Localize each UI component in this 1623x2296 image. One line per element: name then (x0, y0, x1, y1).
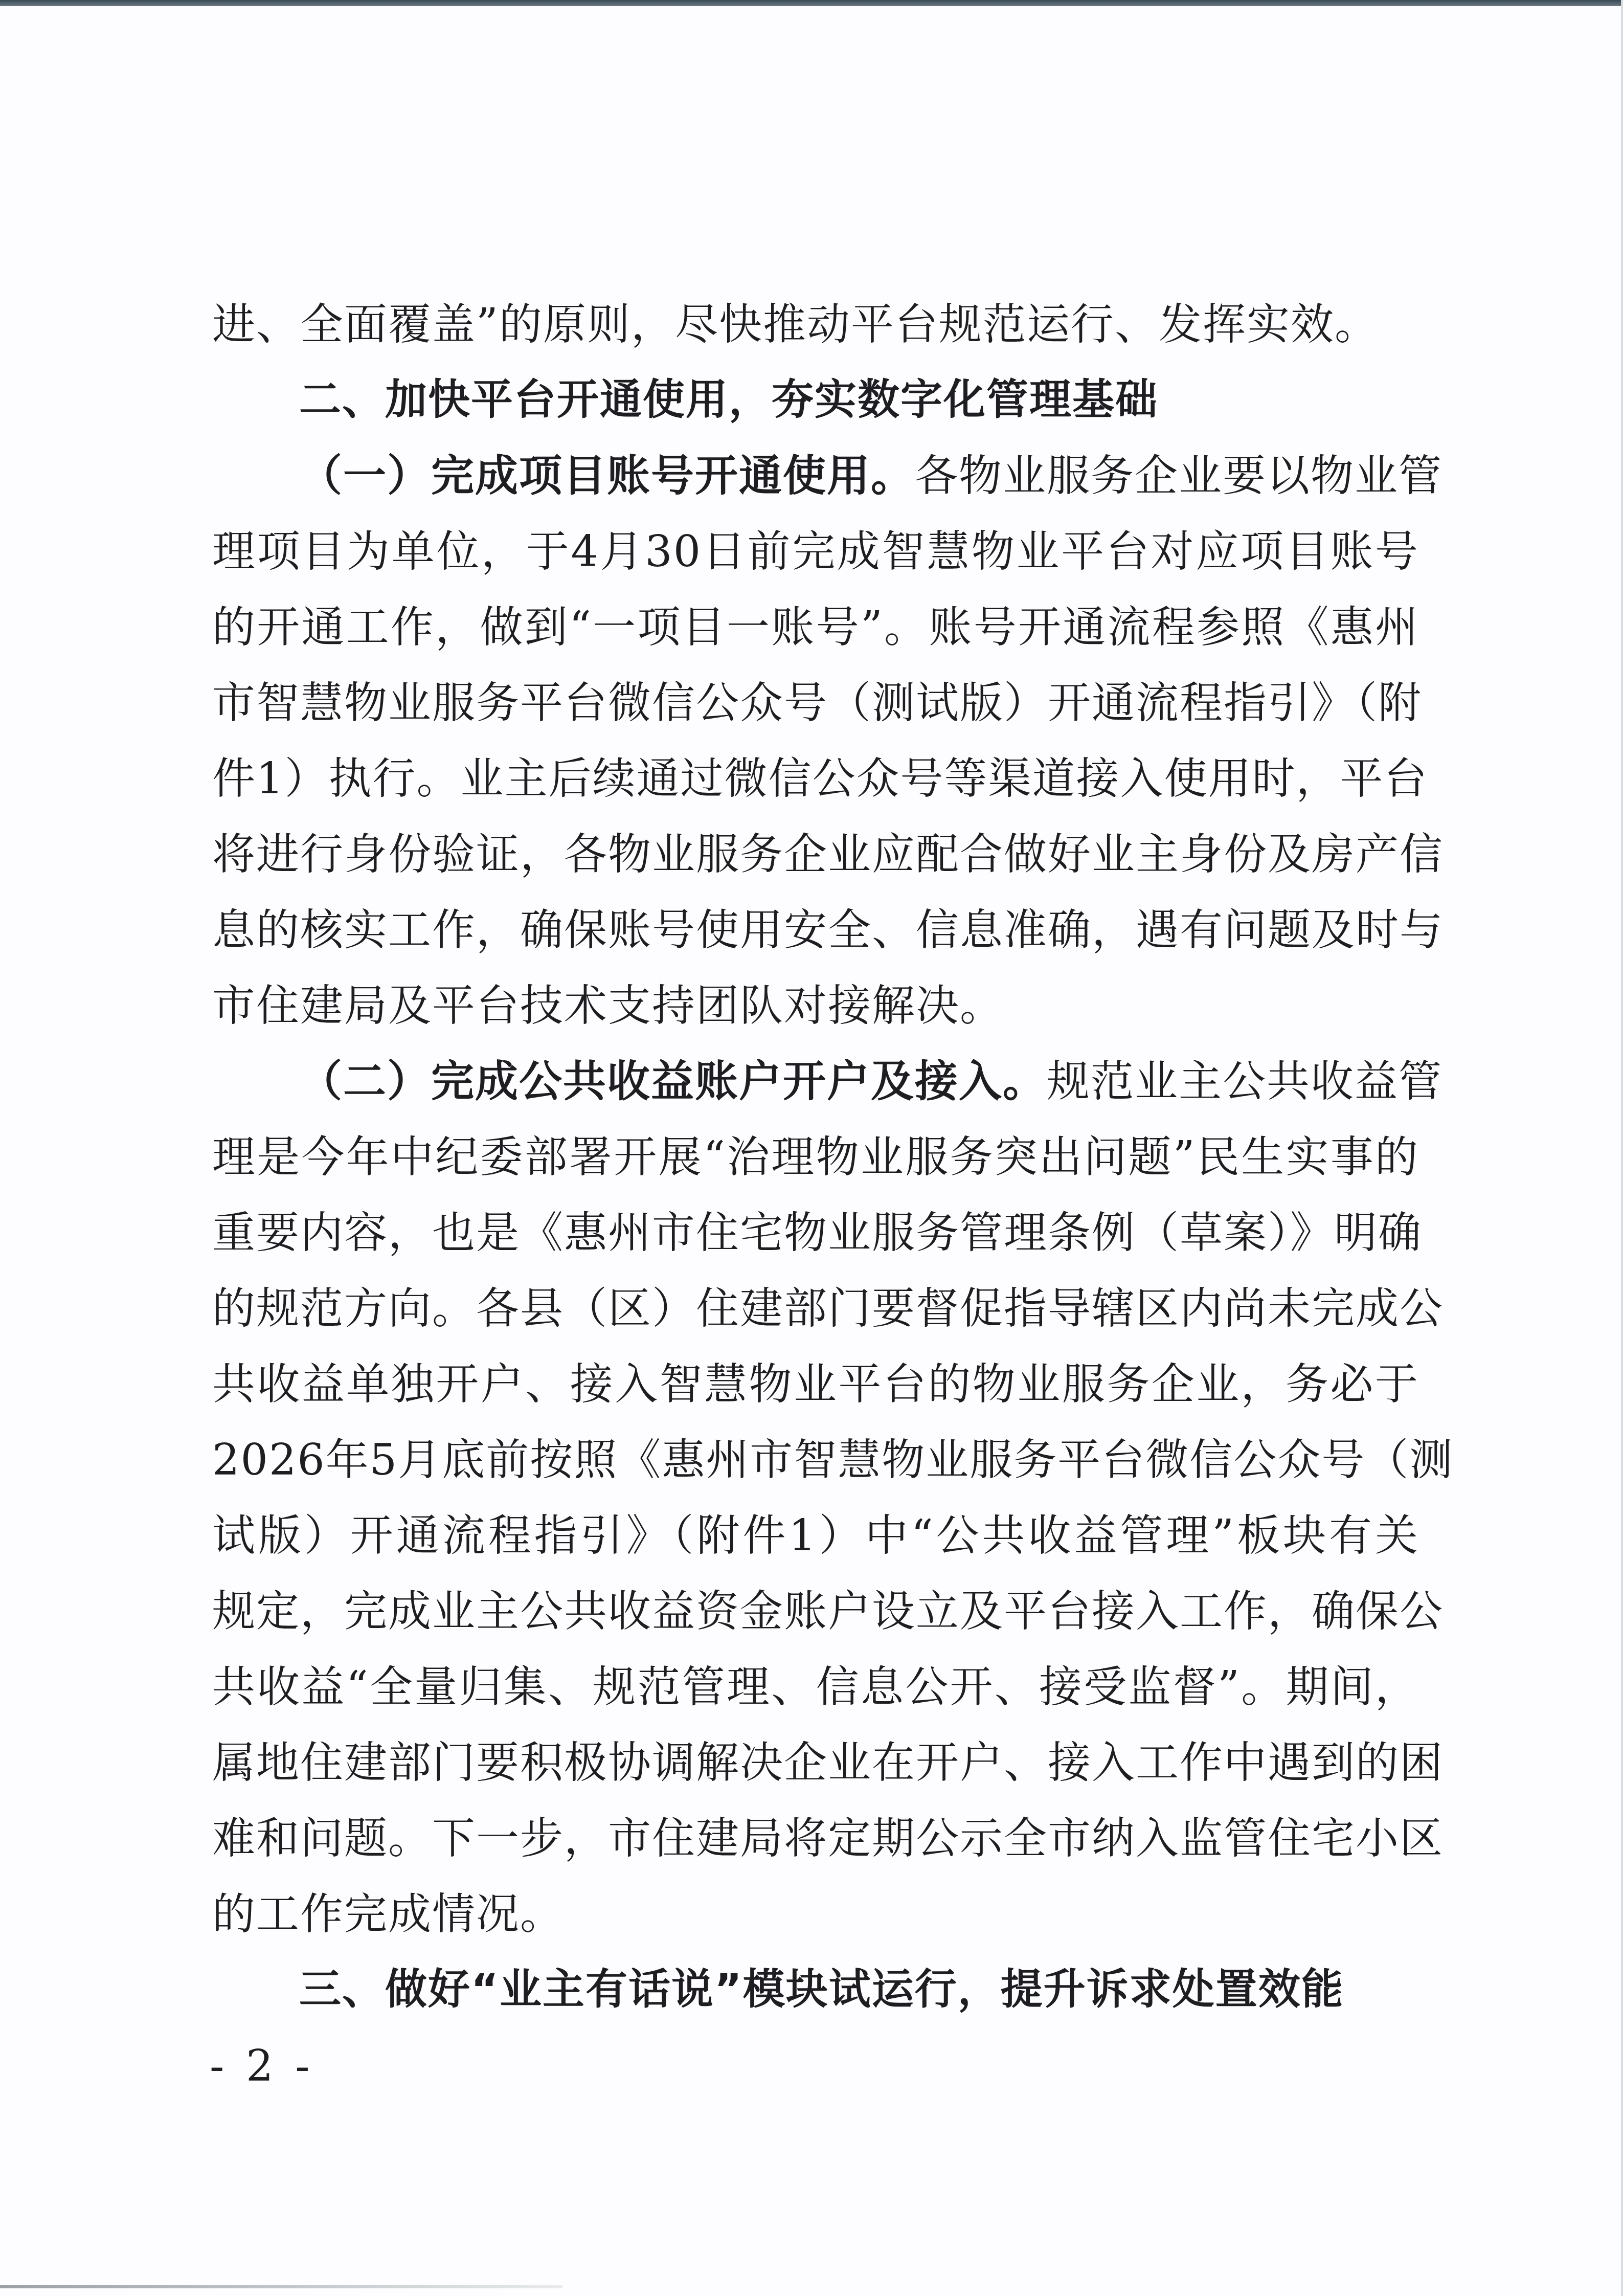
paragraph-line: 规定，完成业主公共收益资金账户设立及平台接入工作，确保公 (212, 1573, 1419, 1649)
paragraph-line: 理项目为单位，于4月30日前完成智慧物业平台对应项目账号 (212, 514, 1419, 589)
paragraph-line: 的规范方向。各县（区）住建部门要督促指导辖区内尚未完成公 (212, 1270, 1419, 1346)
paragraph-line: 共收益单独开户、接入智慧物业平台的物业服务企业，务必于 (212, 1346, 1419, 1422)
paragraph-public-revenue: （二）完成公共收益账户开户及接入。规范业主公共收益管 理是今年中纪委部署开展“治… (212, 1043, 1419, 1952)
paragraph-line: 2026年5月底前按照《惠州市智慧物业服务平台微信公众号（测 (212, 1422, 1419, 1498)
scan-edge-bottom (0, 2285, 562, 2288)
paragraph-line: 难和问题。下一步，市住建局将定期公示全市纳入监管住宅小区 (212, 1800, 1419, 1876)
page-number: - 2 - (210, 2041, 314, 2091)
paragraph-line: 试版）开通流程指引》（附件1）中“公共收益管理”板块有关 (212, 1498, 1419, 1573)
subsection-lead-2: （二）完成公共收益账户开户及接入。 (299, 1056, 1047, 1106)
paragraph-line: 将进行身份验证，各物业服务企业应配合做好业主身份及房产信 (212, 816, 1419, 892)
scan-edge-top (0, 0, 1623, 6)
subsection-lead-1: （一）完成项目账号开通使用。 (299, 450, 915, 501)
paragraph-line: 市智慧物业服务平台微信公众号（测试版）开通流程指引》（附 (212, 665, 1419, 741)
paragraph-first-line: （二）完成公共收益账户开户及接入。规范业主公共收益管 (212, 1043, 1419, 1119)
continuation-line: 进、全面覆盖”的原则，尽快推动平台规范运行、发挥实效。 (212, 286, 1419, 362)
paragraph-line: 件1）执行。业主后续通过微信公众号等渠道接入使用时，平台 (212, 741, 1419, 816)
paragraph-account-opening: （一）完成项目账号开通使用。各物业服务企业要以物业管 理项目为单位，于4月30日… (212, 438, 1419, 1043)
paragraph-text: 各物业服务企业要以物业管 (915, 451, 1442, 501)
scan-edge-right (1621, 0, 1623, 2296)
paragraph-line: 市住建局及平台技术支持团队对接解决。 (212, 968, 1419, 1043)
section-heading-2: 二、加快平台开通使用，夯实数字化管理基础 (212, 362, 1419, 438)
paragraph-line: 的工作完成情况。 (212, 1876, 1419, 1952)
paragraph-text: 规范业主公共收益管 (1047, 1056, 1442, 1106)
paragraph-line: 属地住建部门要积极协调解决企业在开户、接入工作中遇到的困 (212, 1725, 1419, 1800)
section-heading-3: 三、做好“业主有话说”模块试运行，提升诉求处置效能 (212, 1952, 1419, 2027)
paragraph-line: 息的核实工作，确保账号使用安全、信息准确，遇有问题及时与 (212, 892, 1419, 968)
paragraph-line: 理是今年中纪委部署开展“治理物业服务突出问题”民生实事的 (212, 1119, 1419, 1195)
paragraph-line: 的开通工作，做到“一项目一账号”。账号开通流程参照《惠州 (212, 589, 1419, 665)
paragraph-line: 共收益“全量归集、规范管理、信息公开、接受监督”。期间， (212, 1649, 1419, 1725)
paragraph-first-line: （一）完成项目账号开通使用。各物业服务企业要以物业管 (212, 438, 1419, 514)
paragraph-line: 重要内容，也是《惠州市住宅物业服务管理条例（草案）》明确 (212, 1195, 1419, 1270)
document-body: 进、全面覆盖”的原则，尽快推动平台规范运行、发挥实效。 二、加快平台开通使用，夯… (212, 286, 1419, 2027)
